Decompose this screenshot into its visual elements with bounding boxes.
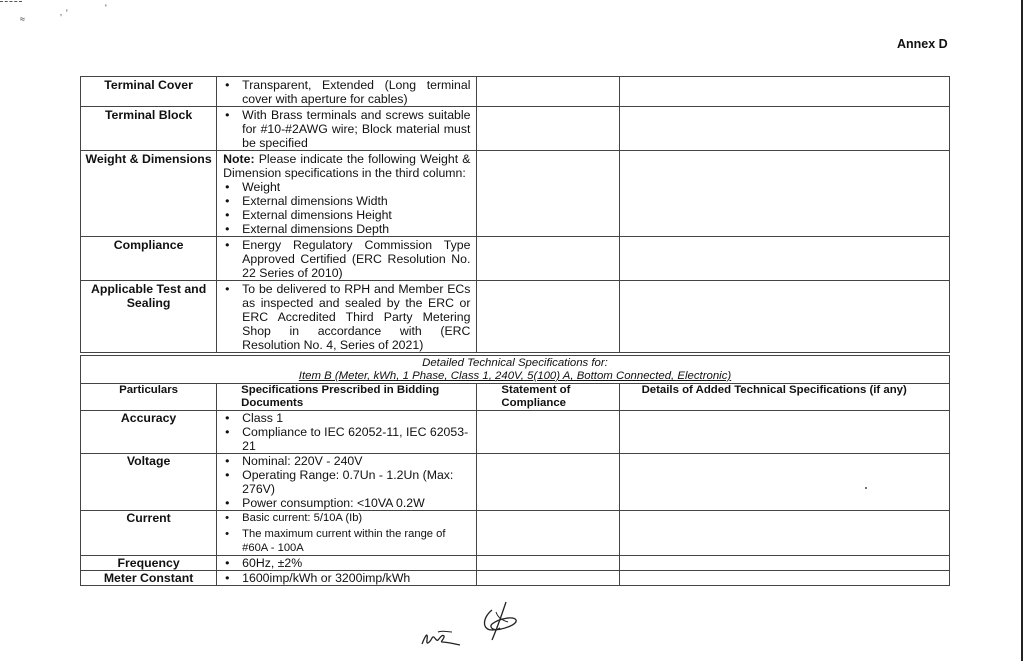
spec-table-continued: Terminal Cover Transparent, Extended (Lo… <box>80 76 950 353</box>
particular-label: Frequency <box>81 556 217 571</box>
compliance-cell[interactable] <box>477 454 619 511</box>
spec-bullet: Class 1 <box>242 411 470 425</box>
added-specs-cell[interactable] <box>619 107 949 151</box>
added-specs-cell[interactable] <box>619 511 949 556</box>
spec-cell: Note: Please indicate the following Weig… <box>217 151 477 237</box>
scan-speck <box>865 487 867 489</box>
spec-bullet: Power consumption: <10VA 0.2W <box>242 496 470 510</box>
spec-bullet: 1600imp/kWh or 3200imp/kWh <box>242 571 470 585</box>
spec-cell: To be delivered to RPH and Member ECs as… <box>217 281 477 353</box>
table-row: Frequency 60Hz, ±2% <box>81 556 950 571</box>
added-specs-cell[interactable] <box>619 571 949 586</box>
scan-border-edge <box>1021 0 1023 661</box>
caption-row: Detailed Technical Specifications for: I… <box>81 356 950 384</box>
label-line: Sealing <box>81 296 216 310</box>
compliance-cell[interactable] <box>477 107 619 151</box>
caption-line-2: Item B (Meter, kWh, 1 Phase, Class 1, 24… <box>81 370 949 383</box>
header-particulars: Particulars <box>81 384 217 411</box>
particular-label: Current <box>81 511 217 556</box>
spec-bullet: External dimensions Height <box>242 208 470 222</box>
compliance-cell[interactable] <box>477 571 619 586</box>
added-specs-cell[interactable] <box>619 151 949 237</box>
spec-bullet: The maximum current within the range of … <box>242 527 470 555</box>
header-specifications: Specifications Prescribed in Bidding Doc… <box>217 384 477 411</box>
table-row: Meter Constant 1600imp/kWh or 3200imp/kW… <box>81 571 950 586</box>
scan-artifact-mark: ʼ <box>60 13 62 23</box>
table-row: Terminal Cover Transparent, Extended (Lo… <box>81 77 950 107</box>
spec-cell: With Brass terminals and screws suitable… <box>217 107 477 151</box>
note-label: Note: <box>223 152 254 166</box>
header-row: Particulars Specifications Prescribed in… <box>81 384 950 411</box>
particular-label: Accuracy <box>81 411 217 454</box>
note-text: Note: Please indicate the following Weig… <box>223 152 470 180</box>
spec-bullet: External dimensions Depth <box>242 222 470 236</box>
header-statement-of-compliance: Statement of Compliance <box>477 384 619 411</box>
spec-cell: Nominal: 220V - 240V Operating Range: 0.… <box>217 454 477 511</box>
compliance-cell[interactable] <box>477 411 619 454</box>
compliance-cell[interactable] <box>477 151 619 237</box>
compliance-cell[interactable] <box>477 281 619 353</box>
table-row: Current Basic current: 5/10A (Ib) The ma… <box>81 511 950 556</box>
compliance-cell[interactable] <box>477 511 619 556</box>
table-row: Compliance Energy Regulatory Commission … <box>81 237 950 281</box>
spec-bullet: 60Hz, ±2% <box>242 556 470 570</box>
spec-bullet: Compliance to IEC 62052-11, IEC 62053-21 <box>242 425 470 453</box>
added-specs-cell[interactable] <box>619 281 949 353</box>
spec-table-item-b: Detailed Technical Specifications for: I… <box>80 355 950 586</box>
note-body: Please indicate the following Weight & D… <box>223 152 470 180</box>
spec-cell: Transparent, Extended (Long terminal cov… <box>217 77 477 107</box>
added-specs-cell[interactable] <box>619 77 949 107</box>
scan-artifact-mark: ' <box>105 3 107 13</box>
header-added-specs: Details of Added Technical Specification… <box>619 384 949 411</box>
table-row: Terminal Block With Brass terminals and … <box>81 107 950 151</box>
particular-label: Terminal Block <box>81 107 217 151</box>
spec-bullet: Operating Range: 0.7Un - 1.2Un (Max: 276… <box>242 468 470 496</box>
particular-label: Voltage <box>81 454 217 511</box>
scribble-signature-icon <box>478 600 528 645</box>
compliance-cell[interactable] <box>477 237 619 281</box>
spec-cell: Class 1 Compliance to IEC 62052-11, IEC … <box>217 411 477 454</box>
spec-cell: 60Hz, ±2% <box>217 556 477 571</box>
particular-label: Applicable Test and Sealing <box>81 281 217 353</box>
compliance-cell[interactable] <box>477 556 619 571</box>
compliance-cell[interactable] <box>477 77 619 107</box>
table-row: Accuracy Class 1 Compliance to IEC 62052… <box>81 411 950 454</box>
particular-label: Compliance <box>81 237 217 281</box>
annex-label: Annex D <box>897 37 948 51</box>
spec-bullet: Transparent, Extended (Long terminal cov… <box>242 78 470 106</box>
spec-bullet: Basic current: 5/10A (Ib) <box>242 511 470 525</box>
added-specs-cell[interactable] <box>619 454 949 511</box>
table-caption: Detailed Technical Specifications for: I… <box>81 356 950 384</box>
spec-bullet: Nominal: 220V - 240V <box>242 454 470 468</box>
added-specs-cell[interactable] <box>619 237 949 281</box>
table-row: Voltage Nominal: 220V - 240V Operating R… <box>81 454 950 511</box>
spec-bullet: To be delivered to RPH and Member ECs as… <box>242 282 470 352</box>
scan-artifact-dash <box>0 1 22 3</box>
label-line: Applicable Test and <box>81 282 216 296</box>
spec-cell: Basic current: 5/10A (Ib) The maximum cu… <box>217 511 477 556</box>
particular-label: Meter Constant <box>81 571 217 586</box>
initials-signature-icon <box>418 620 478 650</box>
table-row: Applicable Test and Sealing To be delive… <box>81 281 950 353</box>
caption-line-1: Detailed Technical Specifications for: <box>81 357 949 370</box>
spec-bullet: With Brass terminals and screws suitable… <box>242 108 470 150</box>
scan-artifact-mark: ' <box>66 8 68 18</box>
added-specs-cell[interactable] <box>619 411 949 454</box>
spec-bullet: Weight <box>242 180 470 194</box>
spec-cell: 1600imp/kWh or 3200imp/kWh <box>217 571 477 586</box>
table-row: Weight & Dimensions Note: Please indicat… <box>81 151 950 237</box>
spec-bullet: External dimensions Width <box>242 194 470 208</box>
scan-artifact-mark: ≈ <box>20 14 25 24</box>
spec-cell: Energy Regulatory Commission Type Approv… <box>217 237 477 281</box>
particular-label: Terminal Cover <box>81 77 217 107</box>
spec-bullet: Energy Regulatory Commission Type Approv… <box>242 238 470 280</box>
particular-label: Weight & Dimensions <box>81 151 217 237</box>
added-specs-cell[interactable] <box>619 556 949 571</box>
